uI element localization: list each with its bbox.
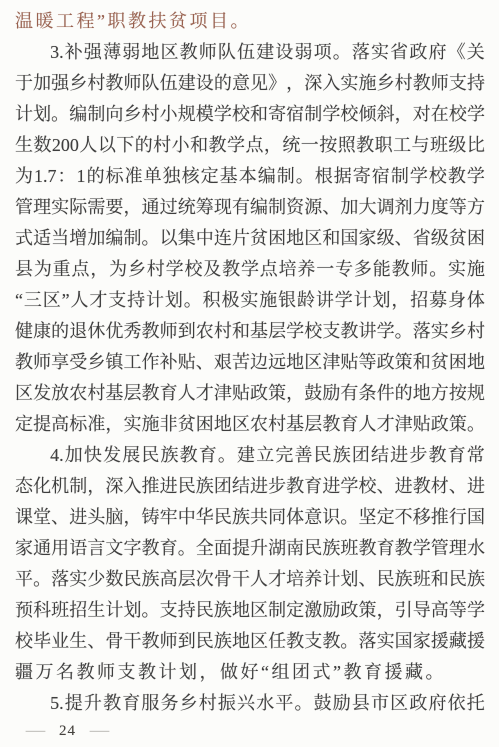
text-line: 生数200人以下的村小和教学点，统一按照教职工与班级比 xyxy=(15,130,485,161)
text-line: 定提高标准，实施非贫困地区农村基层教育人才津贴政策。 xyxy=(15,409,485,440)
text-line: 健康的退休优秀教师到农村和基层学校支教讲学。落实乡村 xyxy=(15,316,485,347)
document-page: 温暖工程”职教扶贫项目。3.补强薄弱地区教师队伍建设弱项。落实省政府《关于加强乡… xyxy=(0,0,499,747)
text-line: 家通用语言文字教育。全面提升湖南民族班教育教学管理水 xyxy=(15,533,485,564)
footer-dash-left: — xyxy=(26,723,46,740)
text-line: 为1.7：1的标准单独核定基本编制。根据寄宿制学校教学 xyxy=(15,161,485,192)
text-line: 区发放农村基层教育人才津贴政策，鼓励有条件的地方按规 xyxy=(15,378,485,409)
text-line: 疆万名教师支教计划，做好“组团式”教育援藏。 xyxy=(15,657,485,688)
text-line: 管理实际需要，通过统筹现有编制资源、加大调剂力度等方 xyxy=(15,192,485,223)
text-line: 预科班招生计划。支持民族地区制定激励政策，引导高等学 xyxy=(15,595,485,626)
text-line: 课堂、进头脑，铸牢中华民族共同体意识。坚定不移推行国 xyxy=(15,502,485,533)
text-line: 教师享受乡镇工作补贴、艰苦边远地区津贴等政策和贫困地 xyxy=(15,347,485,378)
text-line: 计划。编制向乡村小规模学校和寄宿制学校倾斜，对在校学 xyxy=(15,99,485,130)
text-line: “三区”人才支持计划。积极实施银龄讲学计划，招募身体 xyxy=(15,285,485,316)
text-line: 3.补强薄弱地区教师队伍建设弱项。落实省政府《关 xyxy=(15,37,485,68)
text-line: 温暖工程”职教扶贫项目。 xyxy=(15,6,485,37)
text-line: 态化机制，深入推进民族团结进步教育进学校、进教材、进 xyxy=(15,471,485,502)
text-line: 4.加快发展民族教育。建立完善民族团结进步教育常 xyxy=(15,440,485,471)
text-line: 于加强乡村教师队伍建设的意见》，深入实施乡村教师支持 xyxy=(15,68,485,99)
page-footer: — 24 — xyxy=(28,723,107,740)
text-line: 校毕业生、骨干教师到民族地区任教支教。落实国家援藏援 xyxy=(15,626,485,657)
text-line: 平。落实少数民族高层次骨干人才培养计划、民族班和民族 xyxy=(15,564,485,595)
footer-dash-right: — xyxy=(90,723,110,740)
footer-page-number: 24 xyxy=(59,723,76,740)
document-body: 温暖工程”职教扶贫项目。3.补强薄弱地区教师队伍建设弱项。落实省政府《关于加强乡… xyxy=(15,6,485,719)
text-line: 式适当增加编制。以集中连片贫困地区和国家级、省级贫困 xyxy=(15,223,485,254)
text-line: 5.提升教育服务乡村振兴水平。鼓励县市区政府依托 xyxy=(15,688,485,719)
text-line: 县为重点，为乡村学校及教学点培养一专多能教师。实施 xyxy=(15,254,485,285)
